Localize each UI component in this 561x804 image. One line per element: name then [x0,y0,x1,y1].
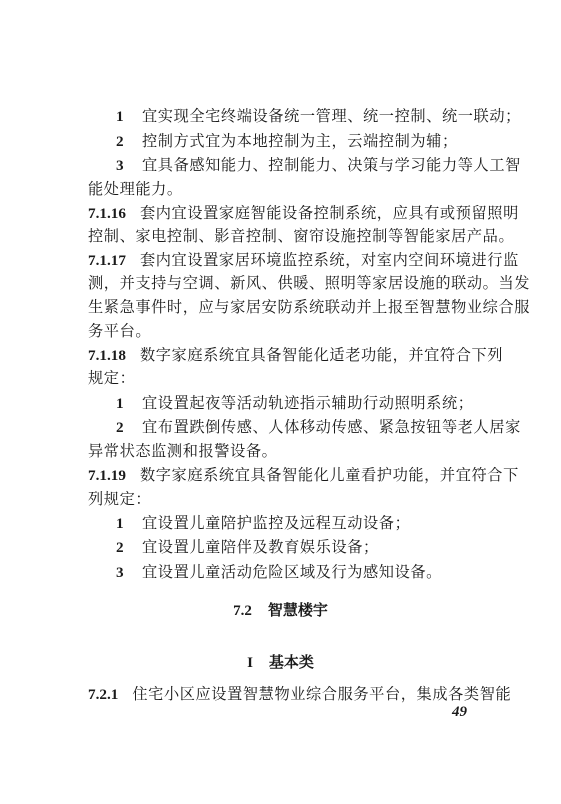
list-item: 3宜具备感知能力、控制能力、决策与学习能力等人工智 [116,155,486,176]
item-text: 控制方式宜为本地控制为主，云端控制为辅； [142,132,458,150]
item-number: 2 [116,418,142,438]
clause-number: 7.2.1 [88,685,118,705]
text-line: 务平台。 [88,321,486,341]
clause-7-2-1: 7.2.1住宅小区应设置智慧物业综合服务平台，集成各类智能 [88,684,486,705]
page-number: 49 [452,704,467,721]
document-page: 1宜实现全宅终端设备统一管理、统一控制、统一联动； 2控制方式宜为本地控制为主，… [0,0,561,804]
item-text: 宜设置儿童活动危险区域及行为感知设备。 [142,563,442,581]
text-line: 控制、家电控制、影音控制、窗帘设施控制等智能家居产品。 [88,226,486,246]
item-number: 3 [116,156,142,176]
item-text: 宜设置儿童陪护监控及远程互动设备； [142,514,410,532]
text-line: 规定： [88,368,486,388]
item-text: 宜设置儿童陪伴及教育娱乐设备； [142,538,379,556]
list-item: 1宜实现全宅终端设备统一管理、统一控制、统一联动； [116,106,486,127]
clause-7-1-19: 7.1.19数字家庭系统宜具备智能化儿童看护功能，并宜符合下 [88,465,486,486]
list-item: 3宜设置儿童活动危险区域及行为感知设备。 [116,562,486,583]
list-item: 1宜设置起夜等活动轨迹指示辅助行动照明系统； [116,393,486,414]
clause-text: 住宅小区应设置智慧物业综合服务平台，集成各类智能 [132,685,511,703]
subsection-title: 基本类 [269,653,314,671]
list-item: 2控制方式宜为本地控制为主，云端控制为辅； [116,131,486,152]
clause-text: 数字家庭系统宜具备智能化适老功能，并宜符合下列 [140,346,503,364]
item-number: 3 [116,563,142,583]
text-line: 列规定： [88,489,486,509]
subsection-heading: I基本类 [0,652,561,673]
text-line: 异常状态监测和报警设备。 [88,441,486,461]
item-number: 1 [116,394,142,414]
text-line: 测，并支持与空调、新风、供暖、照明等家居设施的联动。当发 [88,273,486,293]
item-text: 宜设置起夜等活动轨迹指示辅助行动照明系统； [142,394,474,412]
item-number: 2 [116,538,142,558]
item-text: 宜具备感知能力、控制能力、决策与学习能力等人工智 [142,156,521,174]
list-item: 2宜布置跌倒传感、人体移动传感、紧急按钮等老人居家 [116,417,486,438]
text-line: 生紧急事件时，应与家居安防系统联动并上报至智慧物业综合服 [88,297,486,317]
clause-number: 7.1.17 [88,251,126,271]
item-number: 1 [116,107,142,127]
section-number: 7.2 [233,603,252,619]
item-text: 宜实现全宅终端设备统一管理、统一控制、统一联动； [142,107,521,125]
clause-text: 数字家庭系统宜具备智能化儿童看护功能，并宜符合下 [140,466,519,484]
clause-text: 套内宜设置家庭智能设备控制系统，应具有或预留照明 [140,204,519,222]
clause-number: 7.1.19 [88,466,126,486]
list-item: 1宜设置儿童陪护监控及远程互动设备； [116,513,486,534]
clause-text: 套内宜设置家居环境监控系统，对室内空间环境进行监 [140,251,519,269]
clause-7-1-18: 7.1.18数字家庭系统宜具备智能化适老功能，并宜符合下列 [88,345,486,366]
item-number: 2 [116,132,142,152]
clause-number: 7.1.16 [88,204,126,224]
item-number: 1 [116,514,142,534]
clause-7-1-17: 7.1.17套内宜设置家居环境监控系统，对室内空间环境进行监 [88,250,486,271]
text-line: 能处理能力。 [88,179,486,199]
item-text: 宜布置跌倒传感、人体移动传感、紧急按钮等老人居家 [142,418,521,436]
clause-number: 7.1.18 [88,346,126,366]
subsection-number: I [247,655,253,671]
clause-7-1-16: 7.1.16套内宜设置家庭智能设备控制系统，应具有或预留照明 [88,203,486,224]
section-heading: 7.2智慧楼宇 [0,600,561,621]
list-item: 2宜设置儿童陪伴及教育娱乐设备； [116,537,486,558]
section-title: 智慧楼宇 [268,601,328,619]
